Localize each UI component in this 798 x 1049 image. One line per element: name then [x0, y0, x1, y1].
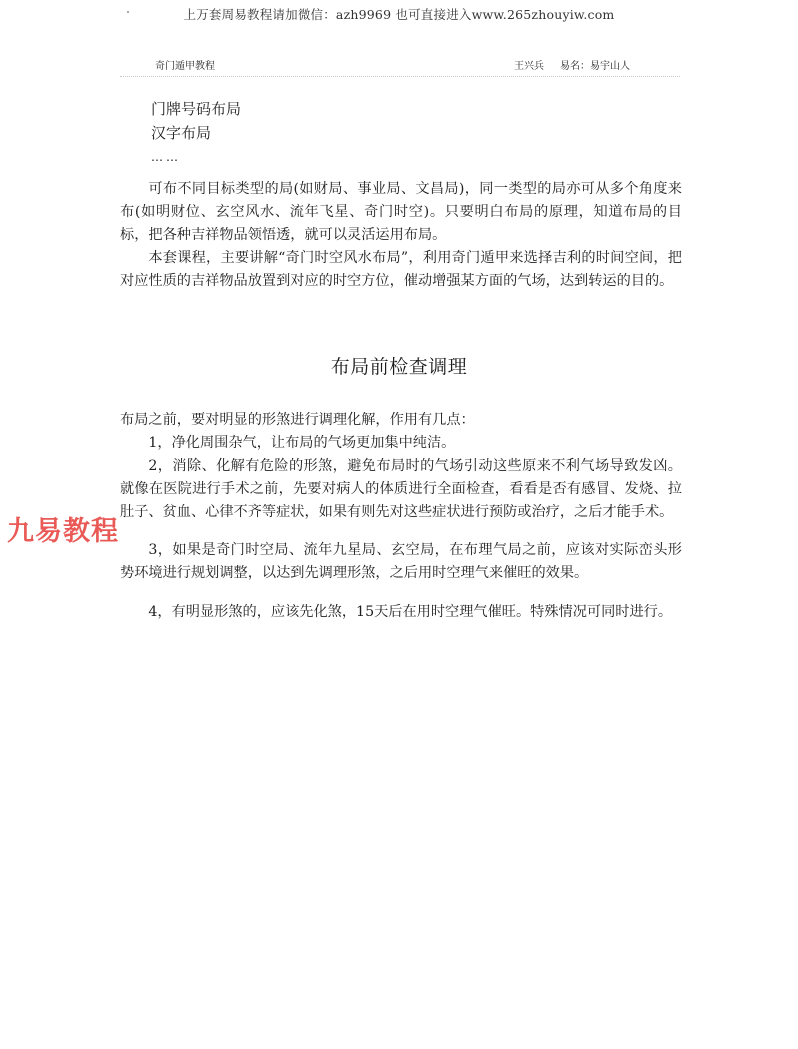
watermark-logo: 九易教程: [7, 509, 119, 548]
running-header: 奇门遁甲教程 王兴兵易名：易宇山人: [150, 57, 630, 73]
point-1: 1，净化周围杂气，让布局的气场更加集中纯洁。: [120, 432, 682, 455]
scan-speck: [127, 11, 129, 13]
pen-name: 易名：易宇山人: [560, 61, 630, 72]
point-2: 2，消除、化解有危险的形煞，避免布局时的气场引动这些原来不利气场导致发凶。就像在…: [120, 455, 682, 524]
list-item: 门牌号码布局: [151, 97, 241, 121]
list-ellipsis: ……: [151, 147, 241, 167]
header-divider: [120, 76, 680, 77]
section-lead: 布局之前，要对明显的形煞进行调理化解，作用有几点：: [120, 409, 682, 432]
book-title: 奇门遁甲教程: [155, 57, 215, 72]
intro-list: 门牌号码布局 汉字布局 ……: [151, 97, 241, 167]
point-3: 3，如果是奇门时空局、流年九星局、玄空局，在布理气局之前，应该对实际峦头形势环境…: [120, 539, 682, 585]
section-title: 布局前检查调理: [0, 352, 798, 379]
point-4: 4，有明显形煞的，应该先化煞，15天后在用时空理气催旺。特殊情况可同时进行。: [120, 601, 682, 624]
top-banner: 上万套周易教程请加微信：azh9969 也可直接进入www.265zhouyiw…: [0, 5, 798, 23]
paragraph-course-summary: 本套课程，主要讲解“奇门时空风水布局”，利用奇门遁甲来选择吉利的时间空间，把对应…: [120, 247, 682, 293]
author-info: 王兴兵易名：易宇山人: [514, 57, 630, 72]
paragraph-layout-types: 可布不同目标类型的局(如财局、事业局、文昌局)，同一类型的局亦可从多个角度来布(…: [120, 178, 682, 247]
author-name: 王兴兵: [514, 61, 544, 72]
list-item: 汉字布局: [151, 121, 241, 145]
